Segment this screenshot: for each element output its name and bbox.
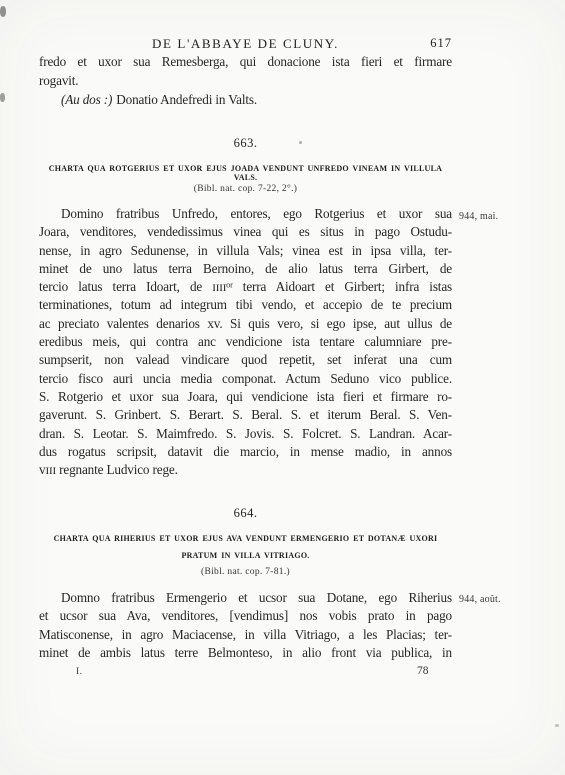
footer-volume-mark: I. (76, 667, 83, 677)
body-line: ac preciato valentes denarios xv. Si qui… (39, 315, 452, 333)
body-line: fredo et uxor sua Remesberga, qui donaci… (39, 52, 452, 71)
charter-663-number: 663. (39, 136, 452, 151)
page-header: DE L'ABBAYE DE CLUNY. (39, 36, 452, 52)
body-line: eredibus meis, qui contra anc vendicione… (39, 333, 452, 351)
scan-speck (0, 93, 5, 102)
body-line: dran. S. Leotar. S. Maimfredo. S. Jovis.… (39, 425, 452, 443)
body-line: sumpserit, non valead vindicare quod rep… (39, 351, 452, 369)
au-dos-text: Donatio Andefredi in Valts. (116, 92, 257, 107)
running-header: DE L'ABBAYE DE CLUNY. (39, 36, 452, 52)
body-line: minet de uno latus terra Bernoino, de al… (39, 260, 452, 278)
body-line: et ucsor sua Ava, venditores, [vendimus]… (39, 607, 452, 625)
footer-signature-number: 78 (417, 665, 429, 677)
body-line: tercio latus terra Idoart, de ɪɪɪɪᵒʳ ter… (39, 278, 452, 296)
scanned-book-page: DE L'ABBAYE DE CLUNY. 617 fredo et uxor … (0, 0, 565, 775)
margin-date-note: 944, août. (459, 594, 501, 605)
charter-664-title-line2: PRATUM IN VILLA VITRIAGO. (39, 551, 452, 560)
body-line: Matisconense, in agro Maciacense, in vil… (39, 626, 452, 644)
scan-speck (555, 724, 559, 727)
charter-664-title-line1: CHARTA QUA RIHERIUS ET UXOR EJUS AVA VEN… (39, 534, 452, 543)
body-line: Domno fratribus Ermengerio et ucsor sua … (39, 589, 452, 607)
body-line: tercio fisco auri uncia media componat. … (39, 370, 452, 388)
page-number: 617 (430, 36, 452, 51)
charter-664-source: (Bibl. nat. cop. 7-81.) (39, 567, 452, 577)
body-line: terminationes, totum ad integrum tibi ve… (39, 296, 452, 314)
body-line: dus rogatus scripsit, datavit die marcio… (39, 443, 452, 461)
charter-663-body: Domino fratribus Unfredo, entores, ego R… (39, 205, 452, 479)
body-line: gaverunt. S. Grinbert. S. Berart. S. Ber… (39, 406, 452, 424)
scan-speck (0, 6, 6, 17)
au-dos-label: (Au dos :) (61, 92, 112, 107)
au-dos-line: (Au dos :)Donatio Andefredi in Valts. (39, 90, 452, 109)
body-line: vɪɪɪ regnante Ludvico rege. (39, 461, 452, 479)
body-line: S. Rotgerio et uxor sua Joara, qui vendi… (39, 388, 452, 406)
charter-663-title: CHARTA QUA ROTGERIUS ET UXOR EJUS JOADA … (39, 164, 452, 182)
charter-664-number: 664. (39, 506, 452, 521)
body-line: rogavit. (39, 71, 452, 90)
body-line: nense, in agro Sedunense, in villula Val… (39, 242, 452, 260)
body-line: Joara, venditores, vendedissimus vinea q… (39, 223, 452, 241)
charter-663-source: (Bibl. nat. cop. 7-22, 2°.) (39, 184, 452, 194)
margin-date-note: 944, mai. (459, 211, 498, 222)
charter-664-body: Domno fratribus Ermengerio et ucsor sua … (39, 589, 452, 662)
scan-speck (299, 141, 302, 144)
body-line: Domino fratribus Unfredo, entores, ego R… (39, 205, 452, 223)
continuation-paragraph: fredo et uxor sua Remesberga, qui donaci… (39, 52, 452, 109)
body-line: minet de ambis latus terre Belmonteso, i… (39, 644, 452, 662)
